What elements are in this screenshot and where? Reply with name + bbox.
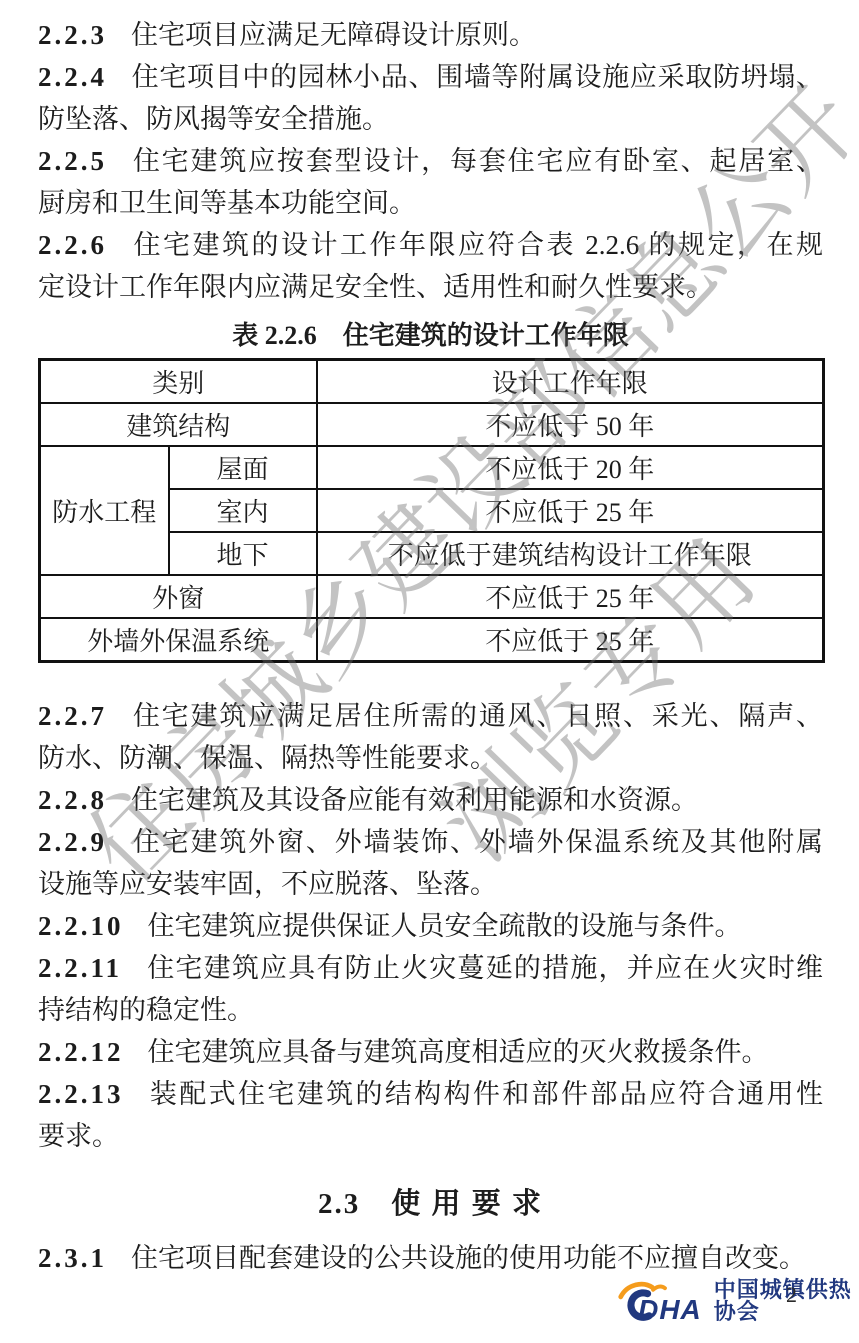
row-label-cell: 建筑结构 bbox=[40, 403, 317, 446]
clause-2-2-4-line-1: 2.2.4住宅项目中的园林小品、围墙等附属设施应采取防坍塌、 bbox=[38, 56, 823, 98]
clause-2-2-6-line-1: 2.2.6住宅建筑的设计工作年限应符合表 2.2.6 的规定，在规 bbox=[38, 224, 823, 266]
row-label-cell: 室内 bbox=[169, 489, 317, 532]
clause-text: 住宅建筑应具有防止火灾蔓延的措施，并应在火灾时维 bbox=[146, 953, 823, 983]
page-number: 2 bbox=[786, 1282, 797, 1308]
clause-2-3-1: 2.3.1住宅项目配套建设的公共设施的使用功能不应擅自改变。 bbox=[38, 1237, 823, 1279]
clause-2-2-6-line-2: 定设计工作年限内应满足安全性、适用性和耐久性要求。 bbox=[38, 266, 823, 308]
clause-2-2-13-line-2: 要求。 bbox=[38, 1115, 823, 1157]
clause-number: 2.2.9 bbox=[38, 827, 107, 857]
clause-number: 2.2.5 bbox=[38, 146, 107, 176]
clause-number: 2.2.3 bbox=[38, 20, 107, 50]
row-label-cell: 地下 bbox=[169, 532, 317, 575]
clause-number: 2.2.6 bbox=[38, 230, 107, 260]
table-2-2-6-title: 表 2.2.6 住宅建筑的设计工作年限 bbox=[38, 318, 823, 354]
row-label-cell: 屋面 bbox=[169, 446, 317, 489]
clause-number: 2.2.8 bbox=[38, 785, 107, 815]
table-header-row: 类别 设计工作年限 bbox=[40, 360, 824, 404]
clause-2-2-3: 2.2.3住宅项目应满足无障碍设计原则。 bbox=[38, 14, 823, 56]
clause-2-2-5-line-1: 2.2.5住宅建筑应按套型设计，每套住宅应有卧室、起居室、 bbox=[38, 140, 823, 182]
clause-text: 住宅建筑应满足居住所需的通风、日照、采光、隔声、 bbox=[131, 701, 823, 731]
clause-2-2-9-line-1: 2.2.9住宅建筑外窗、外墙装饰、外墙外保温系统及其他附属 bbox=[38, 821, 823, 863]
row-value-cell: 不应低于 20 年 bbox=[317, 446, 824, 489]
clause-text: 住宅建筑外窗、外墙装饰、外墙外保温系统及其他附属 bbox=[131, 827, 823, 857]
clause-text: 住宅建筑及其设备应能有效利用能源和水资源。 bbox=[131, 785, 698, 815]
clause-number: 2.3.1 bbox=[38, 1243, 107, 1273]
clause-number: 2.2.7 bbox=[38, 701, 107, 731]
clause-2-2-11-line-1: 2.2.11住宅建筑应具有防止火灾蔓延的措施，并应在火灾时维 bbox=[38, 947, 823, 989]
clause-2-2-7-line-1: 2.2.7住宅建筑应满足居住所需的通风、日照、采光、隔声、 bbox=[38, 695, 823, 737]
clause-text: 住宅建筑的设计工作年限应符合表 2.2.6 的规定，在规 bbox=[131, 230, 823, 260]
clause-2-2-11-line-2: 持结构的稳定性。 bbox=[38, 989, 823, 1031]
header-value-cell: 设计工作年限 bbox=[317, 360, 824, 404]
section-2-3-heading: 2.3 使 用 要 求 bbox=[38, 1183, 823, 1225]
clause-2-2-4-line-2: 防坠落、防风揭等安全措施。 bbox=[38, 98, 823, 140]
table-row: 建筑结构 不应低于 50 年 bbox=[40, 403, 824, 446]
clause-number: 2.2.10 bbox=[38, 911, 124, 941]
clause-number: 2.2.13 bbox=[38, 1079, 124, 1109]
clause-text: 要求。 bbox=[38, 1121, 119, 1151]
clause-number: 2.2.4 bbox=[38, 62, 107, 92]
clause-text: 设施等应安装牢固，不应脱落、坠落。 bbox=[38, 869, 497, 899]
clause-text: 持结构的稳定性。 bbox=[38, 995, 254, 1025]
clause-text: 厨房和卫生间等基本功能空间。 bbox=[38, 188, 416, 218]
row-label-cell: 外窗 bbox=[40, 575, 317, 618]
clause-text: 住宅建筑应提供保证人员安全疏散的设施与条件。 bbox=[148, 911, 742, 941]
clause-text: 装配式住宅建筑的结构构件和部件部品应符合通用性 bbox=[148, 1079, 824, 1109]
clause-text: 住宅项目配套建设的公共设施的使用功能不应擅自改变。 bbox=[131, 1243, 806, 1273]
row-value-cell: 不应低于建筑结构设计工作年限 bbox=[317, 532, 824, 575]
logo-abbr-text: DHA bbox=[638, 1296, 702, 1324]
clause-2-2-12: 2.2.12住宅建筑应具备与建筑高度相适应的灭火救援条件。 bbox=[38, 1031, 823, 1073]
clause-2-2-9-line-2: 设施等应安装牢固，不应脱落、坠落。 bbox=[38, 863, 823, 905]
row-value-cell: 不应低于 50 年 bbox=[317, 403, 824, 446]
row-value-cell: 不应低于 25 年 bbox=[317, 489, 824, 532]
clause-2-2-10: 2.2.10住宅建筑应提供保证人员安全疏散的设施与条件。 bbox=[38, 905, 823, 947]
clause-2-2-5-line-2: 厨房和卫生间等基本功能空间。 bbox=[38, 182, 823, 224]
row-value-cell: 不应低于 25 年 bbox=[317, 575, 824, 618]
clause-text: 防坠落、防风揭等安全措施。 bbox=[38, 104, 389, 134]
header-category-cell: 类别 bbox=[40, 360, 317, 404]
table-row: 外墙外保温系统 不应低于 25 年 bbox=[40, 618, 824, 662]
clause-number: 2.2.12 bbox=[38, 1037, 124, 1067]
row-value-cell: 不应低于 25 年 bbox=[317, 618, 824, 662]
design-working-life-table: 类别 设计工作年限 建筑结构 不应低于 50 年 防水工程 屋面 不应低于 20… bbox=[38, 358, 825, 663]
clause-number: 2.2.11 bbox=[38, 953, 122, 983]
clause-text: 定设计工作年限内应满足安全性、适用性和耐久性要求。 bbox=[38, 272, 713, 302]
table-row: 外窗 不应低于 25 年 bbox=[40, 575, 824, 618]
table-row: 防水工程 屋面 不应低于 20 年 bbox=[40, 446, 824, 489]
clauses-after-table: 2.2.7住宅建筑应满足居住所需的通风、日照、采光、隔声、 防水、防潮、保温、隔… bbox=[38, 695, 823, 1157]
page-body: 2.2.3住宅项目应满足无障碍设计原则。 2.2.4住宅项目中的园林小品、围墙等… bbox=[0, 0, 859, 1279]
clause-text: 住宅项目中的园林小品、围墙等附属设施应采取防坍塌、 bbox=[131, 62, 823, 92]
clause-2-2-7-line-2: 防水、防潮、保温、隔热等性能要求。 bbox=[38, 737, 823, 779]
clause-text: 防水、防潮、保温、隔热等性能要求。 bbox=[38, 743, 497, 773]
clause-2-2-13-line-1: 2.2.13装配式住宅建筑的结构构件和部件部品应符合通用性 bbox=[38, 1073, 823, 1115]
clause-text: 住宅建筑应具备与建筑高度相适应的灭火救援条件。 bbox=[148, 1037, 769, 1067]
clause-2-2-8: 2.2.8住宅建筑及其设备应能有效利用能源和水资源。 bbox=[38, 779, 823, 821]
clause-text: 住宅项目应满足无障碍设计原则。 bbox=[131, 20, 536, 50]
row-label-cell: 外墙外保温系统 bbox=[40, 618, 317, 662]
row-group-cell: 防水工程 bbox=[40, 446, 169, 575]
clause-text: 住宅建筑应按套型设计，每套住宅应有卧室、起居室、 bbox=[131, 146, 823, 176]
document-page: 2.2.3住宅项目应满足无障碍设计原则。 2.2.4住宅项目中的园林小品、围墙等… bbox=[0, 0, 859, 1279]
cdha-association-logo: DHA 中国城镇供热协会 bbox=[616, 1274, 859, 1326]
